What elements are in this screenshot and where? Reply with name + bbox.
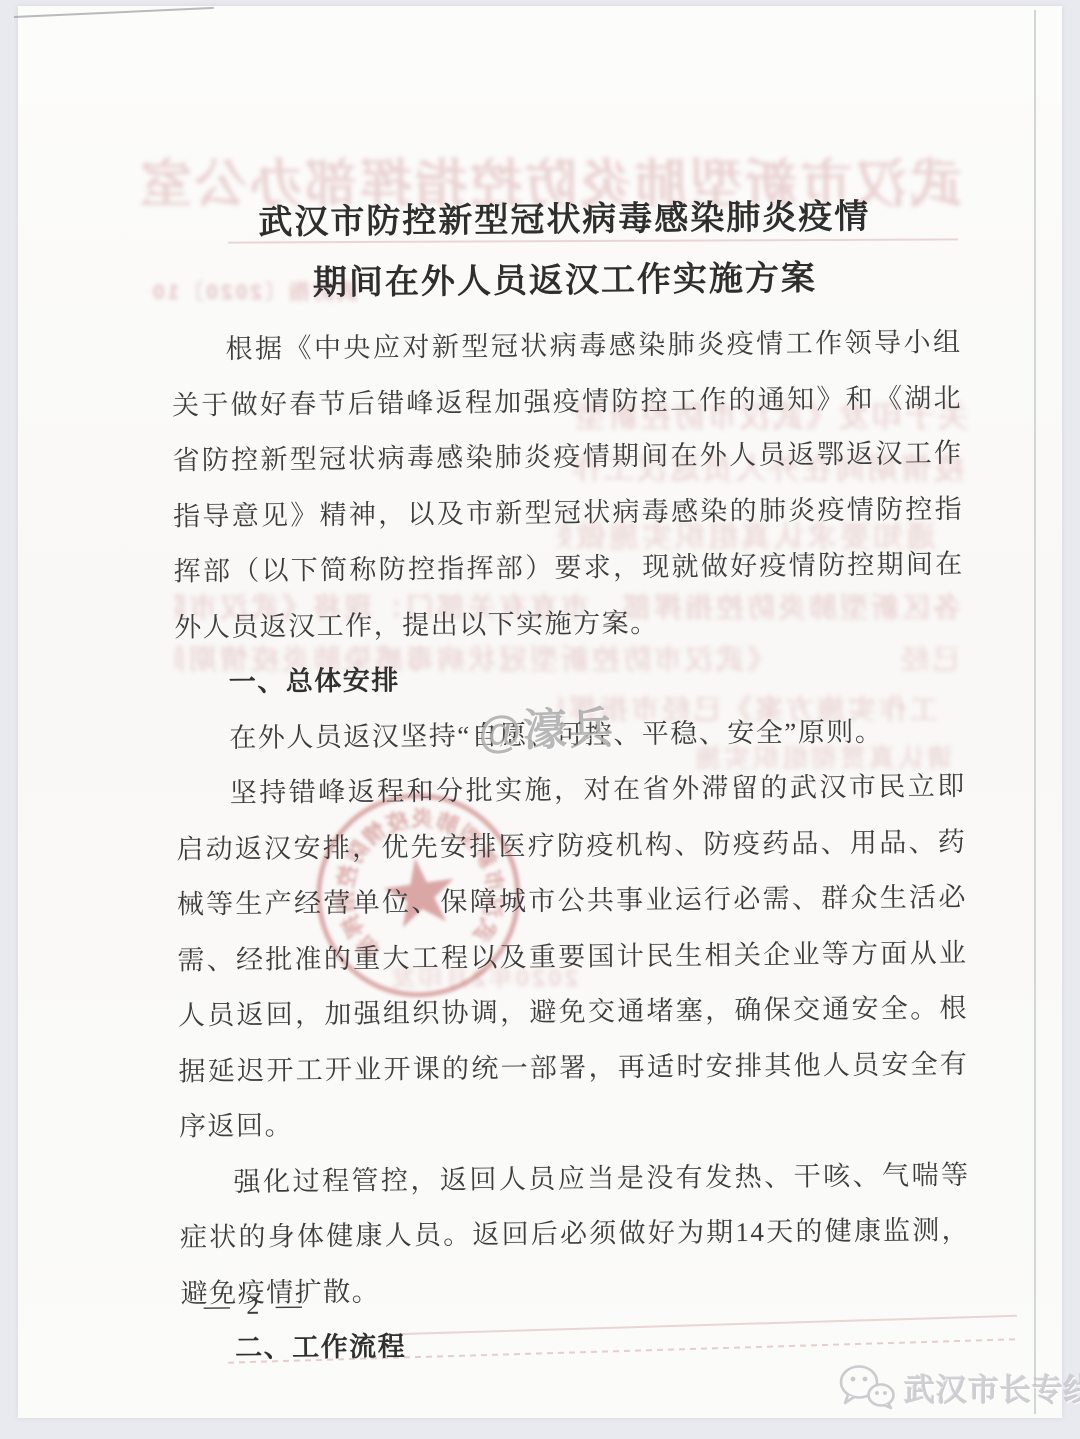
wechat-bubbles-icon xyxy=(838,1364,896,1410)
document-title: 武汉市防控新型冠状病毒感染肺炎疫情 期间在外人员返汉工作实施方案 xyxy=(170,186,959,316)
page-number: — 2 — xyxy=(204,1290,307,1321)
channel-logo: 武汉市长专线 xyxy=(838,1364,1080,1410)
document-body: 根据《中央应对新型冠状病毒感染肺炎疫情工作领导小组关于做好春节后错峰返程加强疫情… xyxy=(171,315,971,1377)
photo-watermark: @濠兵 xyxy=(477,692,616,761)
document-title-line-1: 武汉市防控新型冠状病毒感染肺炎疫情 xyxy=(170,186,959,255)
channel-logo-text: 武汉市长专线 xyxy=(904,1365,1080,1410)
doc-para: 根据《中央应对新型冠状病毒感染肺炎疫情工作领导小组关于做好春节后错峰返程加强疫情… xyxy=(171,315,964,656)
document-title-line-2: 期间在外人员返汉工作实施方案 xyxy=(171,247,960,316)
document-page: 武汉市新型肺炎防控指挥部办公室武防指〔2020〕10号关于印发《武汉市防控新型冠… xyxy=(18,6,1062,1418)
doc-para: 坚持错峰返程和分批实施，对在省外滞留的武汉市民立即启动返汉安排，优先安排医疗防疫… xyxy=(176,759,970,1155)
screenshot-root: { "document": { "title_line1": "武汉市防控新型冠… xyxy=(0,0,1080,1439)
